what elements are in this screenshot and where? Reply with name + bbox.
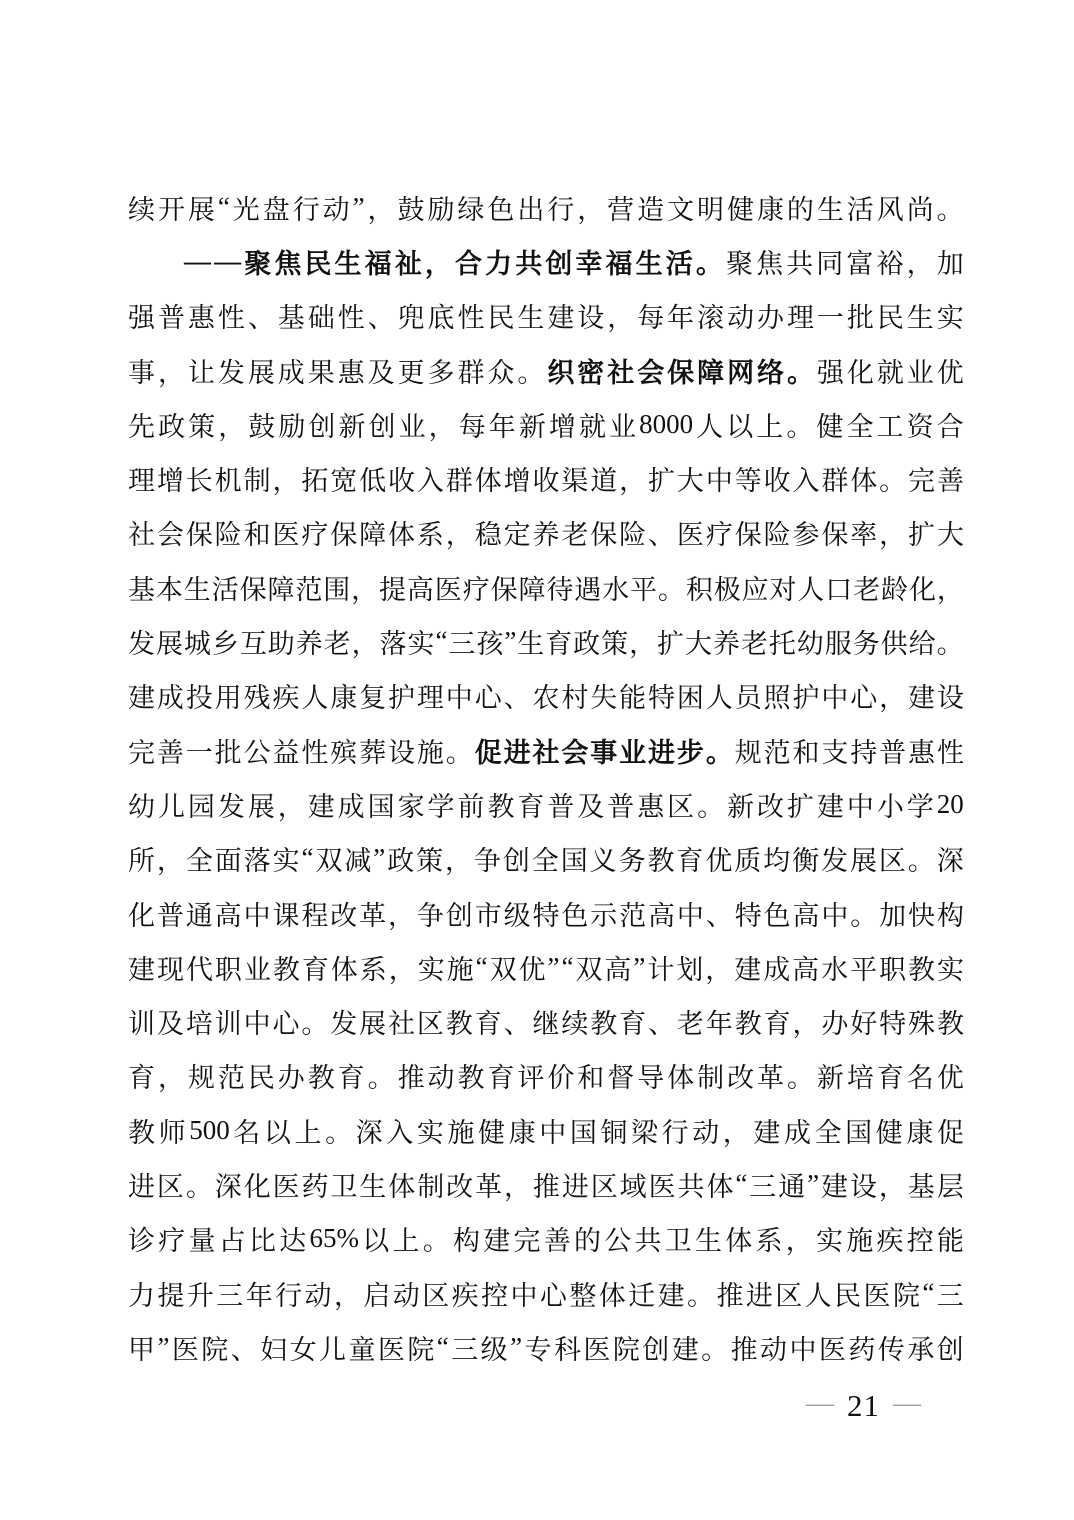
- text-line: 发展城乡互助养老，落实“三孩”生育政策，扩大养老托幼服务供给。: [128, 614, 964, 668]
- text-token: ，: [629, 622, 656, 661]
- text-token: 工: [877, 405, 904, 444]
- text-token: 口: [825, 568, 852, 607]
- text-token: 助: [268, 622, 295, 661]
- text-token: 控: [481, 1274, 508, 1313]
- text-token: 托: [769, 622, 796, 661]
- text-token: 定: [504, 513, 531, 552]
- text-token: 优: [937, 351, 964, 390]
- text-token: 三: [448, 622, 475, 661]
- text-token: 范: [218, 1056, 245, 1095]
- text-token: 一: [186, 731, 213, 770]
- text-token: 政: [387, 839, 414, 878]
- text-token: 优: [519, 948, 546, 987]
- text-token: 医: [583, 1328, 610, 1367]
- text-token: 率: [850, 513, 877, 552]
- text-token: 道: [590, 459, 617, 498]
- text-token: 动: [428, 1056, 455, 1095]
- text-token: 中: [244, 1002, 271, 1041]
- text-token: 药: [302, 1165, 329, 1204]
- text-line: 事，让发展成果惠及更多群众。织密社会保障网络。强化就业优: [128, 343, 964, 397]
- text-token: ，: [577, 188, 604, 227]
- text-token: 规: [188, 1056, 215, 1095]
- text-token: ”: [353, 192, 365, 223]
- text-token-bold: 生: [335, 242, 362, 281]
- text-token: 创: [446, 894, 473, 933]
- text-line: 先政策，鼓励创新创业，每年新增就业8000人以上。健全工资合: [128, 397, 964, 451]
- text-token: 20: [937, 789, 964, 820]
- text-token: “: [302, 843, 314, 874]
- text-token: 人: [706, 676, 733, 715]
- text-token: 人: [805, 1274, 832, 1313]
- text-token: 进: [128, 1165, 155, 1204]
- text-token: 平: [850, 948, 877, 987]
- text-token: 制: [417, 1165, 444, 1204]
- text-token: 育: [338, 1056, 365, 1095]
- text-token-bold: 密: [577, 351, 604, 390]
- text-token-bold: 事: [590, 731, 617, 770]
- text-token: 办: [757, 296, 784, 335]
- text-token: ”: [504, 626, 516, 657]
- text-token: 设: [850, 1165, 877, 1204]
- text-token: 女: [290, 1328, 317, 1367]
- text-token: 低: [359, 459, 386, 498]
- text-token: 市: [475, 894, 502, 933]
- text-token: 理: [128, 459, 155, 498]
- text-token: 理: [417, 676, 444, 715]
- text-token: 革: [757, 1056, 784, 1095]
- text-token: 康: [757, 188, 784, 227]
- text-token: 传: [878, 1328, 905, 1367]
- text-token: ，: [445, 839, 472, 878]
- text-token: 。: [787, 1056, 814, 1095]
- text-token-bold: 。: [696, 242, 723, 281]
- text-token: 就: [579, 405, 606, 444]
- text-token: 新: [519, 405, 546, 444]
- text-token: 惠: [188, 296, 215, 335]
- text-token: 养: [296, 622, 323, 661]
- text-token: ，: [158, 351, 185, 390]
- text-token: 通: [186, 894, 213, 933]
- text-token: 级: [481, 1328, 508, 1367]
- text-token: 推: [533, 1165, 560, 1204]
- text-token: “: [561, 952, 573, 983]
- text-token: 险: [619, 513, 646, 552]
- text-token: 教: [735, 1002, 762, 1041]
- text-token: 区: [422, 1274, 449, 1313]
- text-token: 施: [846, 1219, 873, 1258]
- text-token: ，: [619, 459, 646, 498]
- text-token: 能: [619, 676, 646, 715]
- text-token: 教: [457, 1056, 484, 1095]
- text-token: 人: [301, 676, 328, 715]
- text-token: 职: [215, 948, 242, 987]
- text-token: 医: [172, 1328, 199, 1367]
- text-token: 批: [847, 296, 874, 335]
- text-token: 高: [407, 568, 434, 607]
- text-token: 水: [821, 948, 848, 987]
- text-token: 社: [128, 513, 155, 552]
- text-token: 保: [186, 513, 213, 552]
- text-token: ，: [158, 1056, 185, 1095]
- text-token-bold: 促: [475, 731, 502, 770]
- text-token: 新: [817, 1056, 844, 1095]
- text-token: 收: [532, 459, 559, 498]
- text-token: 失: [590, 676, 617, 715]
- text-token: 双: [575, 948, 602, 987]
- text-token: 障: [359, 513, 386, 552]
- text-token: 双: [490, 948, 517, 987]
- text-token: 基: [128, 568, 155, 607]
- text-token-bold: 网: [727, 351, 754, 390]
- text-token: 及: [157, 1002, 184, 1041]
- text-token: 文: [667, 188, 694, 227]
- text-token: 供: [881, 622, 908, 661]
- text-token: 推: [716, 1274, 743, 1313]
- text-token: ，: [429, 405, 456, 444]
- text-token: 健: [478, 1111, 505, 1150]
- document-page: 续开展“光盘行动”，鼓励绿色出行，营造文明健康的生活风尚。——聚焦民生福祉，合力…: [0, 0, 1074, 1520]
- text-token: 聚: [726, 242, 753, 281]
- text-token: 待: [546, 568, 573, 607]
- text-token: ，: [504, 1165, 531, 1204]
- text-line: 诊疗量占比达65%以上。构建完善的公共卫生体系，实施疾控能: [128, 1212, 964, 1266]
- text-token: 民: [834, 1274, 861, 1313]
- text-token: 质: [734, 839, 761, 878]
- text-token: 体: [599, 1274, 626, 1313]
- text-token: 活: [212, 568, 239, 607]
- text-token: 。: [937, 188, 964, 227]
- text-token: ”: [373, 843, 385, 874]
- text-token: 区: [667, 785, 694, 824]
- text-token: 色: [487, 188, 514, 227]
- text-token: 育: [517, 785, 544, 824]
- text-token: 参: [792, 513, 819, 552]
- text-token: 健: [876, 1111, 903, 1150]
- text-token: 落: [244, 839, 271, 878]
- text-token: 启: [363, 1274, 390, 1313]
- text-token: 创: [642, 1328, 669, 1367]
- text-token: 业: [907, 351, 934, 390]
- text-token: 办: [821, 1002, 848, 1041]
- text-line: 基本生活保障范围，提高医疗保障待遇水平。积极应对人口老龄化，: [128, 560, 964, 614]
- text-token: 施: [417, 731, 444, 770]
- text-token: 力: [128, 1274, 155, 1313]
- text-token: 建: [753, 1111, 780, 1150]
- text-token: 照: [764, 676, 791, 715]
- text-token: 推: [398, 1056, 425, 1095]
- text-token: 惠: [637, 785, 664, 824]
- text-token: 每: [637, 296, 664, 335]
- text-token-bold: —: [214, 246, 241, 277]
- text-token: 建: [734, 948, 761, 987]
- text-token: 本: [156, 568, 183, 607]
- text-token: 老: [324, 622, 351, 661]
- text-token: 、: [504, 676, 531, 715]
- text-token: 和: [577, 1056, 604, 1095]
- text-token: 性: [937, 731, 964, 770]
- text-token: 众: [487, 351, 514, 390]
- text-token: 乡: [212, 622, 239, 661]
- text-token: 理: [787, 296, 814, 335]
- text-token: 所: [128, 839, 155, 878]
- text-token: 施: [447, 948, 474, 987]
- text-token: 。: [368, 1056, 395, 1095]
- text-token: 及: [368, 351, 395, 390]
- body-text: 续开展“光盘行动”，鼓励绿色出行，营造文明健康的生活风尚。——聚焦民生福祉，合力…: [128, 180, 964, 1375]
- text-token: 层: [937, 1165, 964, 1204]
- text-token: 惠: [908, 731, 935, 770]
- text-token: 。: [879, 459, 906, 498]
- text-token: 特: [735, 894, 762, 933]
- text-token: 社: [388, 1002, 415, 1041]
- text-token: 生: [695, 1219, 722, 1258]
- text-token: 用: [215, 676, 242, 715]
- text-token: 疗: [706, 513, 733, 552]
- text-token: 发: [330, 1002, 357, 1041]
- text-token: 医: [649, 1165, 676, 1204]
- text-token: 规: [735, 731, 762, 770]
- text-token: 优: [705, 839, 732, 878]
- text-token: 大: [677, 459, 704, 498]
- text-token: 稳: [475, 513, 502, 552]
- text-token: 务: [619, 839, 646, 878]
- text-token-bold: 步: [677, 731, 704, 770]
- text-token: 控: [907, 1219, 934, 1258]
- text-token: ，: [879, 513, 906, 552]
- text-token: 给: [909, 622, 936, 661]
- text-token: 展: [156, 622, 183, 661]
- text-token: 、: [648, 513, 675, 552]
- text-token: 建: [672, 1328, 699, 1367]
- text-token: 大: [685, 622, 712, 661]
- text-token: 群: [446, 459, 473, 498]
- text-token: 中: [847, 785, 874, 824]
- text-token: 教: [908, 948, 935, 987]
- text-token: 、: [248, 296, 275, 335]
- text-token: 疾: [877, 1219, 904, 1258]
- text-token: “: [922, 1278, 934, 1309]
- text-token: ，: [907, 242, 934, 281]
- text-token: 支: [821, 731, 848, 770]
- text-token: 中: [821, 894, 848, 933]
- text-token: 加: [937, 242, 964, 281]
- text-token: 心: [475, 676, 502, 715]
- text-token: 共: [786, 242, 813, 281]
- text-token: ，: [879, 1165, 906, 1204]
- text-token: 造: [637, 188, 664, 227]
- text-token: 殊: [908, 1002, 935, 1041]
- text-token: 减: [344, 839, 371, 878]
- text-token: 中: [677, 894, 704, 933]
- text-token: 区: [775, 1274, 802, 1313]
- text-token: 活: [847, 188, 874, 227]
- text-token: 滚: [697, 296, 724, 335]
- text-token: 教: [647, 839, 674, 878]
- text-token: 设: [388, 731, 415, 770]
- text-token: 高: [215, 894, 242, 933]
- text-token: 强: [128, 296, 155, 335]
- text-token: 极: [714, 568, 741, 607]
- text-token: 区: [157, 1165, 184, 1204]
- text-token: ，: [792, 1002, 819, 1041]
- text-token: 业: [244, 948, 271, 987]
- text-token: 生: [359, 1165, 386, 1204]
- text-token: 动: [393, 1274, 420, 1313]
- text-token: 全: [186, 839, 213, 878]
- text-token: 生: [517, 622, 544, 661]
- text-token: 国: [570, 1111, 597, 1150]
- text-token-bold: 共: [515, 242, 542, 281]
- text-token: 幼: [797, 622, 824, 661]
- text-token: 范: [619, 894, 646, 933]
- text-token: 续: [561, 1002, 588, 1041]
- text-token: 培: [186, 1002, 213, 1041]
- text-token: 训: [215, 1002, 242, 1041]
- text-token: ，: [389, 948, 416, 987]
- text-token: 人: [797, 568, 824, 607]
- text-token: 性: [218, 296, 245, 335]
- text-token: 面: [215, 839, 242, 878]
- text-token: 培: [847, 1056, 874, 1095]
- text-token-bold: 进: [648, 731, 675, 770]
- text-token: “: [437, 1332, 449, 1363]
- text-token: 、: [231, 1328, 258, 1367]
- text-token-bold: 进: [504, 731, 531, 770]
- text-token: ，: [351, 568, 378, 607]
- text-token: 老: [741, 622, 768, 661]
- text-line: 社会保险和医疗保障体系，稳定养老保险、医疗保险参保率，扩大: [128, 506, 964, 560]
- text-token: ，: [218, 405, 245, 444]
- text-token: 及: [577, 785, 604, 824]
- text-token: 系: [360, 948, 387, 987]
- text-token: 衡: [792, 839, 819, 878]
- text-token: 扩: [657, 622, 684, 661]
- text-token: 增: [549, 405, 576, 444]
- text-token: 高: [604, 948, 631, 987]
- text-token: 导: [637, 1056, 664, 1095]
- text-line: 教师500名以上。深入实施健康中国铜梁行动，建成全国健康促: [128, 1103, 964, 1157]
- text-token: 体: [388, 1165, 415, 1204]
- text-token: 中: [706, 459, 733, 498]
- text-token: 共: [678, 1165, 705, 1204]
- text-line: 续开展“光盘行动”，鼓励绿色出行，营造文明健康的生活风尚。: [128, 180, 964, 234]
- text-token: 。: [701, 1328, 728, 1367]
- text-token: 评: [517, 1056, 544, 1095]
- text-token: 课: [272, 894, 299, 933]
- text-token: 医: [864, 1274, 891, 1313]
- text-token: 名: [233, 1111, 260, 1150]
- text-token: 上: [294, 1111, 321, 1150]
- text-token: 扩: [648, 459, 675, 498]
- text-token: 域: [620, 1165, 647, 1204]
- text-token: 铜: [600, 1111, 627, 1150]
- text-line: ——聚焦民生福祉，合力共创幸福生活。聚焦共同富裕，加: [128, 234, 964, 288]
- text-token: 家: [398, 785, 425, 824]
- text-token: 提: [379, 568, 406, 607]
- text-token: 惠: [338, 351, 365, 390]
- text-token: 建: [128, 676, 155, 715]
- text-token: 果: [308, 351, 335, 390]
- text-token: 建: [547, 296, 574, 335]
- text-token: 让: [188, 351, 215, 390]
- text-token: 励: [427, 188, 454, 227]
- text-token: ”: [807, 1169, 819, 1200]
- text-token: 展: [850, 839, 877, 878]
- text-token: 区: [879, 839, 906, 878]
- text-token: 划: [676, 948, 703, 987]
- text-token: 入: [792, 459, 819, 498]
- text-token: 保: [821, 513, 848, 552]
- text-token: 医: [378, 1328, 405, 1367]
- text-token: 发: [128, 622, 155, 661]
- text-token: 办: [278, 1056, 305, 1095]
- text-token: ，: [334, 1274, 361, 1313]
- text-token: 育: [487, 1056, 514, 1095]
- text-token: 扩: [787, 785, 814, 824]
- text-token: 展: [248, 351, 275, 390]
- text-token: 保: [330, 513, 357, 552]
- text-token: 性: [301, 731, 328, 770]
- text-token: 心: [272, 1002, 299, 1041]
- text-token: 绿: [457, 188, 484, 227]
- text-token: 业: [609, 405, 636, 444]
- text-token: 葬: [359, 731, 386, 770]
- text-token: 机: [215, 459, 242, 498]
- text-token: 名: [907, 1056, 934, 1095]
- text-line: 育，规范民办教育。推动教育评价和督导体制改革。新培育名优: [128, 1049, 964, 1103]
- text-token: 收: [764, 459, 791, 498]
- text-token: 均: [763, 839, 790, 878]
- text-line: 甲”医院、妇女儿童医院“三级”专科医院创建。推动中医药传承创: [128, 1320, 964, 1374]
- text-token: 残: [244, 676, 271, 715]
- text-token: 代: [186, 948, 213, 987]
- footer-dash-left: —: [806, 1390, 834, 1418]
- text-token: 实: [273, 839, 300, 878]
- text-token: 宽: [330, 459, 357, 498]
- text-token: 范: [295, 568, 322, 607]
- text-token: 化: [847, 351, 874, 390]
- text-token-bold: 力: [485, 242, 512, 281]
- text-token: 心: [850, 676, 877, 715]
- text-token: 动: [727, 296, 754, 335]
- text-token: 民: [877, 296, 904, 335]
- text-token: 进: [746, 1274, 773, 1313]
- text-token: 人: [696, 405, 723, 444]
- text-token: 革: [359, 894, 386, 933]
- text-line: 建成投用残疾人康复护理中心、农村失能特困人员照护中心，建设: [128, 669, 964, 723]
- text-token: 实: [816, 1219, 843, 1258]
- text-token: 上: [393, 1219, 420, 1258]
- text-token: 督: [607, 1056, 634, 1095]
- text-token-bold: ，: [425, 242, 452, 281]
- text-token: 争: [474, 839, 501, 878]
- text-token: 疾: [452, 1274, 479, 1313]
- text-token: 展: [359, 1002, 386, 1041]
- page-footer: — 21 —: [806, 1388, 921, 1424]
- text-token: 保: [491, 568, 518, 607]
- text-token: ，: [723, 1111, 750, 1150]
- text-token: 应: [742, 568, 769, 607]
- text-token: 改: [446, 1165, 473, 1204]
- text-token: 加: [879, 894, 906, 933]
- text-token: 裕: [877, 242, 904, 281]
- text-token: 平: [630, 568, 657, 607]
- text-token: 村: [561, 676, 588, 715]
- text-token: 设: [577, 296, 604, 335]
- text-token: 中: [539, 1111, 566, 1150]
- text-token: 特: [532, 894, 559, 933]
- text-token: 保: [240, 568, 267, 607]
